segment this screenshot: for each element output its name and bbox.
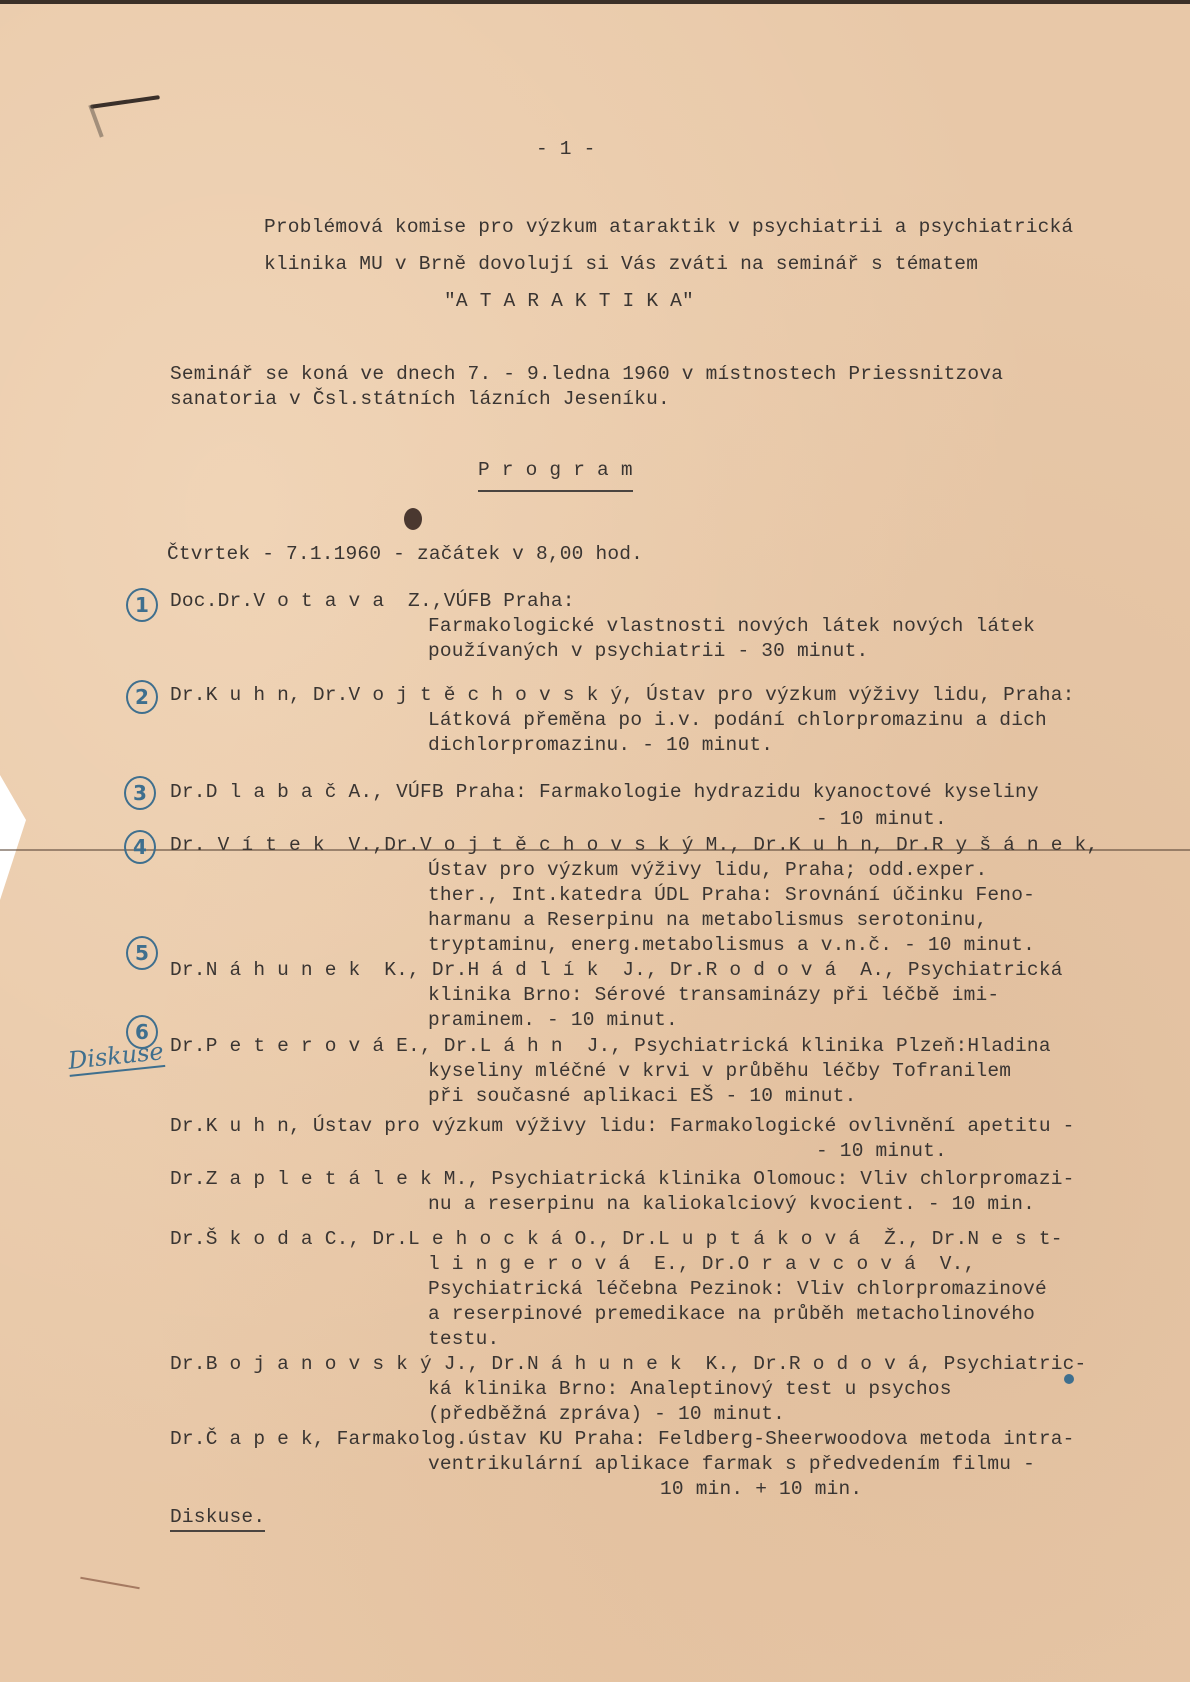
item-7-line: - 10 minut. — [816, 1142, 947, 1162]
program-heading: P r o g r a m — [478, 461, 633, 481]
item-4-line: Ústav pro výzkum výživy lidu, Praha; odd… — [428, 861, 987, 881]
item-3-authors: Dr.D l a b a č A., VÚFB Praha: Farmakolo… — [170, 783, 1039, 803]
item-6-line: při současné aplikaci EŠ - 10 minut. — [428, 1087, 856, 1107]
item-4-line: ther., Int.katedra ÚDL Praha: Srovnání ú… — [428, 886, 1035, 906]
item-11-line: ventrikulární aplikace farmak s předvede… — [428, 1455, 1035, 1475]
scan-top-edge — [0, 0, 1190, 4]
page-number: - 1 - — [536, 140, 596, 160]
item-8-line: nu a reserpinu na kaliokalciový kvocient… — [428, 1195, 1035, 1215]
item-8-authors: Dr.Z a p l e t á l e k M., Psychiatrická… — [170, 1170, 1075, 1190]
item-2-line: dichlorpromazinu. - 10 minut. — [428, 736, 773, 756]
venue-line-1: Seminář se koná ve dnech 7. - 9.ledna 19… — [170, 365, 1003, 385]
item-number-circle: 4 — [124, 830, 156, 864]
venue-line-2: sanatoria v Čsl.státních lázních Jeseník… — [170, 390, 670, 410]
item-4-authors: Dr. V í t e k V.,Dr.V o j t ě c h o v s … — [170, 836, 1098, 856]
item-5-line: klinika Brno: Sérové transaminázy při lé… — [428, 986, 999, 1006]
item-7-authors: Dr.K u h n, Ústav pro výzkum výživy lidu… — [170, 1117, 1075, 1137]
item-9-line: testu. — [428, 1330, 499, 1350]
intro-line-2: klinika MU v Brně dovolují si Vás zváti … — [264, 255, 978, 275]
item-2-line: Látková přeměna po i.v. podání chlorprom… — [428, 711, 1047, 731]
item-3-line: - 10 minut. — [816, 810, 947, 830]
item-4-line: harmanu a Reserpinu na metabolismus sero… — [428, 911, 987, 931]
item-1-line: používaných v psychiatrii - 30 minut. — [428, 642, 868, 662]
item-number-circle: 2 — [126, 680, 158, 714]
item-10-line: ká klinika Brno: Analeptinový test u psy… — [428, 1380, 952, 1400]
item-10-authors: Dr.B o j a n o v s k ý J., Dr.N á h u n … — [170, 1355, 1086, 1375]
item-6-authors: Dr.P e t e r o v á E., Dr.L á h n J., Ps… — [170, 1037, 1051, 1057]
item-number-circle: 1 — [126, 588, 158, 622]
item-9-line: l i n g e r o v á E., Dr.O r a v c o v á… — [428, 1255, 976, 1275]
program-underline — [478, 490, 633, 492]
item-6-line: kyseliny mléčné v krvi v průběhu léčby T… — [428, 1062, 1011, 1082]
punch-hole — [404, 508, 422, 530]
item-4-line: tryptaminu, energ.metabolismus a v.n.č. … — [428, 936, 1035, 956]
torn-edge — [0, 775, 26, 900]
day-heading: Čtvrtek - 7.1.1960 - začátek v 8,00 hod. — [167, 545, 643, 565]
seminar-title: "A T A R A K T I K A" — [444, 292, 694, 312]
item-11-authors: Dr.Č a p e k, Farmakolog.ústav KU Praha:… — [170, 1430, 1075, 1450]
item-9-authors: Dr.Š k o d a C., Dr.L e h o c k á O., Dr… — [170, 1230, 1063, 1250]
item-1-line: Farmakologické vlastnosti nových látek n… — [428, 617, 1035, 637]
item-1-authors: Doc.Dr.V o t a v a Z.,VÚFB Praha: — [170, 592, 575, 612]
item-number-circle: 5 — [126, 936, 158, 970]
intro-line-1: Problémová komise pro výzkum ataraktik v… — [264, 218, 1073, 238]
item-5-line: praminem. - 10 minut. — [428, 1011, 678, 1031]
item-10-line: (předběžná zpráva) - 10 minut. — [428, 1405, 785, 1425]
item-5-authors: Dr.N á h u n e k K., Dr.H á d l í k J., … — [170, 961, 1063, 981]
item-9-line: Psychiatrická léčebna Pezinok: Vliv chlo… — [428, 1280, 1047, 1300]
item-2-authors: Dr.K u h n, Dr.V o j t ě c h o v s k ý, … — [170, 686, 1075, 706]
item-number-circle: 3 — [124, 776, 156, 810]
ink-blot — [1064, 1374, 1074, 1384]
item-9-line: a reserpinové premedikace na průběh meta… — [428, 1305, 1035, 1325]
item-11-line: 10 min. + 10 min. — [660, 1480, 862, 1500]
closing-discussion: Diskuse. — [170, 1508, 265, 1532]
